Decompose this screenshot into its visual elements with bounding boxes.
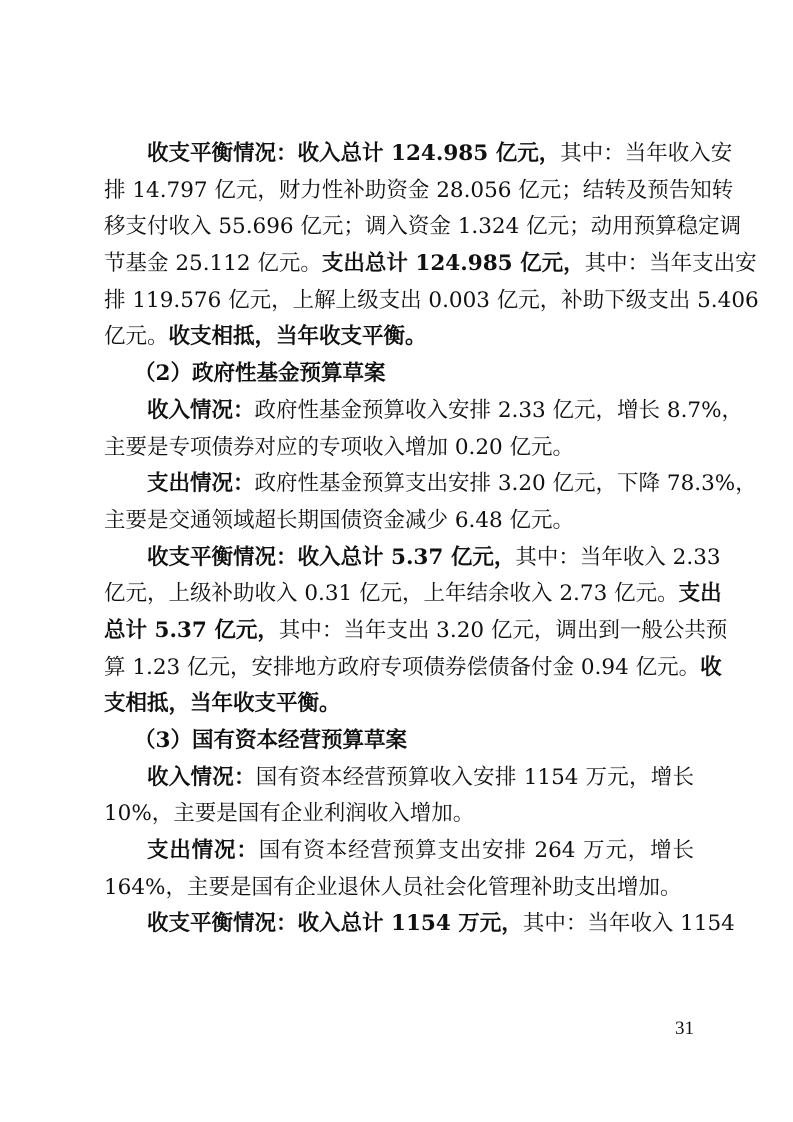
text-run: 亿元。	[104, 324, 169, 349]
bold-run: 总计 5.37 亿元，	[104, 618, 279, 643]
text-run: 10%，主要是国有企业利润收入增加。	[104, 801, 474, 826]
text-run: 算 1.23 亿元，安排地方政府专项债券偿债备付金 0.94 亿元。	[104, 655, 700, 680]
text-line: 主要是交通领域超长期国债资金减少 6.48 亿元。	[104, 503, 694, 540]
text-line: 支出情况：国有资本经营预算支出安排 264 万元，增长	[104, 833, 694, 870]
text-line: 收支平衡情况：收入总计 1154 万元，其中：当年收入 1154	[104, 906, 694, 943]
page-body: 收支平衡情况：收入总计 124.985 亿元，其中：当年收入安 排 14.797…	[104, 136, 694, 943]
text-line: 主要是专项债券对应的专项收入增加 0.20 亿元。	[104, 430, 694, 467]
text-run: 政府性基金预算支出安排 3.20 亿元，下降 78.3%，	[255, 471, 757, 496]
bold-run: 收支平衡情况：收入总计 1154 万元，	[147, 911, 523, 936]
text-line: 亿元，上级补助收入 0.31 亿元，上年结余收入 2.73 亿元。支出	[104, 576, 694, 613]
text-line: 收支平衡情况：收入总计 5.37 亿元，其中：当年收入 2.33	[104, 540, 694, 577]
text-run: 其中：当年收入安	[560, 141, 732, 166]
paragraph-soe-expenditure: 支出情况：国有资本经营预算支出安排 264 万元，增长 164%，主要是国有企业…	[104, 833, 694, 906]
text-line: 算 1.23 亿元，安排地方政府专项债券偿债备付金 0.94 亿元。收	[104, 650, 694, 687]
text-line: 移支付收入 55.696 亿元；调入资金 1.324 亿元；动用预算稳定调	[104, 209, 694, 246]
text-line: 收入情况：国有资本经营预算收入安排 1154 万元，增长	[104, 760, 694, 797]
text-run: 亿元，上级补助收入 0.31 亿元，上年结余收入 2.73 亿元。	[104, 581, 679, 606]
text-line: 支相抵，当年收支平衡。	[104, 686, 694, 723]
paragraph-soe-income: 收入情况：国有资本经营预算收入安排 1154 万元，增长 10%，主要是国有企业…	[104, 760, 694, 833]
paragraph-fund-expenditure: 支出情况：政府性基金预算支出安排 3.20 亿元，下降 78.3%， 主要是交通…	[104, 466, 694, 539]
text-run: 其中：当年收入 2.33	[515, 545, 720, 570]
text-line: 收支平衡情况：收入总计 124.985 亿元，其中：当年收入安	[104, 136, 694, 173]
text-run: 主要是专项债券对应的专项收入增加 0.20 亿元。	[104, 435, 574, 460]
bold-run: 支出	[679, 581, 722, 606]
bold-run: 收入情况：	[147, 398, 255, 423]
text-line: 排 14.797 亿元，财力性补助资金 28.056 亿元；结转及预告知转	[104, 173, 694, 210]
paragraph-soe-balance: 收支平衡情况：收入总计 1154 万元，其中：当年收入 1154	[104, 906, 694, 943]
bold-run: 收	[700, 655, 722, 680]
text-run: 其中：当年支出安	[585, 251, 757, 276]
text-run: 节基金 25.112 亿元。	[104, 251, 322, 276]
text-line: 亿元。收支相抵，当年收支平衡。	[104, 319, 694, 356]
text-run: 排 14.797 亿元，财力性补助资金 28.056 亿元；结转及预告知转	[104, 178, 733, 203]
page-number: 31	[660, 1018, 694, 1040]
bold-run: 支出情况：	[147, 838, 259, 863]
text-line: 排 119.576 亿元，上解上级支出 0.003 亿元，补助下级支出 5.40…	[104, 283, 694, 320]
text-run: 移支付收入 55.696 亿元；调入资金 1.324 亿元；动用预算稳定调	[104, 214, 741, 239]
bold-run: 收支平衡情况：收入总计 5.37 亿元，	[147, 545, 515, 570]
text-line: 10%，主要是国有企业利润收入增加。	[104, 796, 694, 833]
text-run: 164%，主要是国有企业退休人员社会化管理补助支出增加。	[104, 875, 681, 900]
paragraph-fund-balance: 收支平衡情况：收入总计 5.37 亿元，其中：当年收入 2.33 亿元，上级补助…	[104, 540, 694, 723]
bold-run: 收支平衡情况：收入总计 124.985 亿元，	[147, 141, 560, 166]
text-run: 政府性基金预算收入安排 2.33 亿元，增长 8.7%，	[255, 398, 744, 423]
text-run: 其中：当年支出 3.20 亿元，调出到一般公共预	[279, 618, 728, 643]
bold-run: 收支相抵，当年收支平衡。	[169, 324, 427, 349]
text-run: 国有资本经营预算支出安排 264 万元，增长	[259, 838, 694, 863]
paragraph-fund-income: 收入情况：政府性基金预算收入安排 2.33 亿元，增长 8.7%， 主要是专项债…	[104, 393, 694, 466]
section-heading-state-capital: （3）国有资本经营预算草案	[104, 723, 694, 760]
bold-run: 支出总计 124.985 亿元，	[322, 251, 585, 276]
bold-run: 收入情况：	[147, 765, 256, 790]
bold-run: 支相抵，当年收支平衡。	[104, 691, 341, 716]
text-line: 164%，主要是国有企业退休人员社会化管理补助支出增加。	[104, 870, 694, 907]
text-line: 节基金 25.112 亿元。支出总计 124.985 亿元，其中：当年支出安	[104, 246, 694, 283]
section-heading-government-fund: （2）政府性基金预算草案	[104, 356, 694, 393]
text-run: 国有资本经营预算收入安排 1154 万元，增长	[256, 765, 694, 790]
bold-run: 支出情况：	[147, 471, 255, 496]
text-line: 收入情况：政府性基金预算收入安排 2.33 亿元，增长 8.7%，	[104, 393, 694, 430]
text-run: 排 119.576 亿元，上解上级支出 0.003 亿元，补助下级支出 5.40…	[104, 288, 759, 313]
text-run: 其中：当年收入 1154	[523, 911, 735, 936]
text-line: 支出情况：政府性基金预算支出安排 3.20 亿元，下降 78.3%，	[104, 466, 694, 503]
paragraph-general-budget-balance: 收支平衡情况：收入总计 124.985 亿元，其中：当年收入安 排 14.797…	[104, 136, 694, 356]
text-run: 主要是交通领域超长期国债资金减少 6.48 亿元。	[104, 508, 574, 533]
text-line: 总计 5.37 亿元，其中：当年支出 3.20 亿元，调出到一般公共预	[104, 613, 694, 650]
